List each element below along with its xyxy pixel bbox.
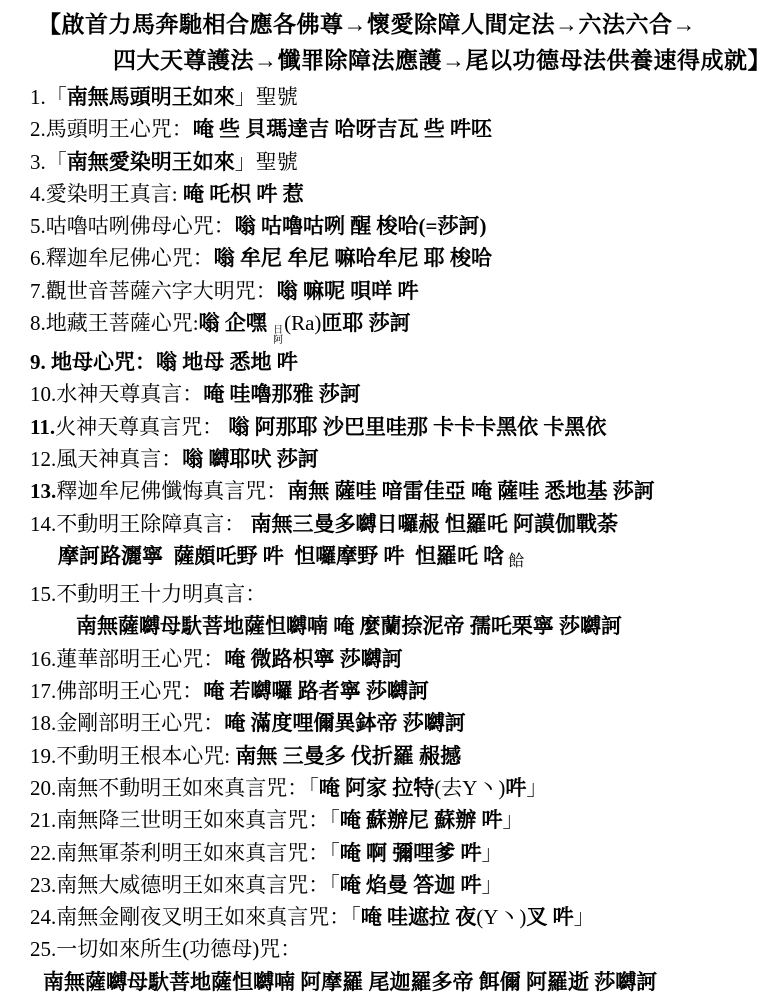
item-number: 21. — [30, 808, 56, 832]
mantra-text: 叉 吽 — [526, 905, 573, 929]
mantra-text: 匝耶 莎訶 — [321, 311, 410, 335]
label-text: 」 — [526, 776, 547, 800]
list-line: 8.地藏王菩薩心咒:嗡 企嘿 日阿(Ra)匝耶 莎訶 — [30, 307, 777, 346]
label-text: 愛染明王真言: — [46, 182, 183, 206]
label-text: (Ra) — [284, 311, 321, 335]
list-line: 摩訶路灑寧 薩頗吒野 吽 怛囉摩野 吽 怛羅吒 唅 餄 — [30, 540, 777, 578]
document-header: 【啟首力馬奔馳相合應各佛尊→懷愛除障人間定法→六法六合→ 四大天尊護法→懺罪除障… — [0, 0, 783, 75]
mantra-text: 南無三曼多嚩日囉赧 怛羅吒 阿謨伽戰荼 — [251, 512, 619, 536]
item-number: 24. — [30, 905, 56, 929]
label-text: 「 — [46, 150, 67, 174]
mantra-text: 唵 阿家 拉特 — [319, 776, 435, 800]
label-text: 南無降三世明王如來真言咒： — [56, 808, 329, 832]
item-number: 25. — [30, 937, 56, 961]
mantra-text: 嗡 咕嚕咕咧 醒 梭哈(=莎訶) — [235, 214, 487, 238]
list-line: 15.不動明王十力明真言： — [30, 578, 777, 610]
list-line: 9. 地母心咒：嗡 地母 悉地 吽 — [30, 346, 777, 378]
item-number: 8. — [30, 311, 46, 335]
mantra-text: 唵 啊 彌哩爹 吽 — [340, 841, 482, 865]
label-text: 」聖號 — [235, 150, 298, 174]
list-line: 5.咕嚕咕咧佛母心咒：嗡 咕嚕咕咧 醒 梭哈(=莎訶) — [30, 210, 777, 242]
label-text: 南無不動明王如來真言咒： — [56, 776, 308, 800]
list-line: 14.不動明王除障真言： 南無三曼多嚩日囉赧 怛羅吒 阿謨伽戰荼 — [30, 508, 777, 540]
label-text: 不動明王除障真言： — [56, 512, 250, 536]
label-text: 「 — [350, 905, 361, 929]
label-text: 南無大威德明王如來真言咒： — [56, 873, 329, 897]
mantra-text: 唵 哇嚕那雅 莎訶 — [203, 382, 361, 406]
label-text: 「 — [329, 808, 340, 832]
item-number: 13. — [30, 479, 56, 503]
label-text: 南無金剛夜叉明王如來真言咒： — [56, 905, 350, 929]
item-number: 2. — [30, 117, 46, 141]
item-number: 19. — [30, 744, 56, 768]
label-text: 馬頭明王心咒： — [46, 117, 193, 141]
item-number: 18. — [30, 711, 56, 735]
list-line: 4.愛染明王真言: 唵 吒枳 吽 惹 — [30, 178, 777, 210]
label-text: 佛部明王心咒： — [56, 679, 203, 703]
mantra-text: 嗡 阿那耶 沙巴里哇那 卡卡卡黑依 卡黑依 — [228, 415, 606, 439]
label-text: 」 — [503, 808, 524, 832]
label-text: 釋迦牟尼佛懺悔真言咒： — [56, 479, 287, 503]
mantra-text: 南無愛染明王如來 — [67, 150, 235, 174]
item-number: 15. — [30, 582, 56, 606]
item-number: 11. — [30, 415, 55, 439]
item-number: 20. — [30, 776, 56, 800]
list-line: 南無薩嚩母馱菩地薩怛嚩喃 阿摩羅 尾迦羅多帝 餌儞 阿羅逝 莎嚩訶 — [30, 966, 777, 993]
document-page: { "header": { "line1": "【啟首力馬奔馳相合應各佛尊→懷愛… — [0, 0, 783, 993]
label-text: 餄 — [504, 553, 524, 570]
item-number: 17. — [30, 679, 56, 703]
item-number: 23. — [30, 873, 56, 897]
list-line: 24.南無金剛夜叉明王如來真言咒：「唵 哇遮拉 夜(Y丶)叉 吽」 — [30, 901, 777, 933]
label-text: 水神天尊真言： — [56, 382, 203, 406]
list-line: 6.釋迦牟尼佛心咒：嗡 牟尼 牟尼 嘛哈牟尼 耶 梭哈 — [30, 242, 777, 274]
item-number: 6. — [30, 246, 46, 270]
label-text: 蓮華部明王心咒： — [56, 647, 224, 671]
label-text: 「 — [329, 841, 340, 865]
list-line: 13.釋迦牟尼佛懺悔真言咒：南無 薩哇 喑雷佳亞 唵 薩哇 悉地基 莎訶 — [30, 475, 777, 507]
label-text: (去Y丶) — [434, 776, 505, 800]
label-text: 一切如來所生(功德母)咒： — [56, 937, 301, 961]
list-line: 3.「南無愛染明王如來」聖號 — [30, 146, 777, 178]
list-line: 21.南無降三世明王如來真言咒：「唵 蘇辦尼 蘇辦 吽」 — [30, 804, 777, 836]
mantra-text: 嗡 企嘿 — [199, 311, 273, 335]
mantra-text: 唵 吒枳 吽 惹 — [183, 182, 304, 206]
label-text: 「 — [308, 776, 319, 800]
mantra-text: 南無 三曼多 伐折羅 赧撼 — [235, 744, 461, 768]
label-text: 」 — [482, 873, 503, 897]
list-line: 18.金剛部明王心咒：唵 滿度哩儞異鉢帝 莎嚩訶 — [30, 707, 777, 739]
label-text: 南無軍荼利明王如來真言咒： — [56, 841, 329, 865]
item-number: 1. — [30, 85, 46, 109]
mantra-text: 南無 薩哇 喑雷佳亞 唵 薩哇 悉地基 莎訶 — [287, 479, 655, 503]
list-line: 11.火神天尊真言咒： 嗡 阿那耶 沙巴里哇那 卡卡卡黑依 卡黑依 — [30, 411, 777, 443]
list-line: 16.蓮華部明王心咒：唵 微路枳寧 莎嚩訶 — [30, 643, 777, 675]
label-text: 金剛部明王心咒： — [56, 711, 224, 735]
label-text: 地藏王菩薩心咒: — [46, 311, 199, 335]
label-text: 」 — [482, 841, 503, 865]
mantra-text: 唵 哇遮拉 夜 — [361, 905, 477, 929]
mantra-text: 南無薩嚩母馱菩地薩怛嚩喃 阿摩羅 尾迦羅多帝 餌儞 阿羅逝 莎嚩訶 — [43, 970, 657, 993]
mantra-text: 唵 滿度哩儞異鉢帝 莎嚩訶 — [224, 711, 466, 735]
list-line: 10.水神天尊真言：唵 哇嚕那雅 莎訶 — [30, 378, 777, 410]
label-text: 風天神真言： — [56, 447, 182, 471]
label-text: 」聖號 — [235, 85, 298, 109]
item-number: 9. — [30, 350, 46, 374]
label-text: 不動明王十力明真言： — [56, 582, 266, 606]
list-line: 22.南無軍荼利明王如來真言咒：「唵 啊 彌哩爹 吽」 — [30, 837, 777, 869]
item-number: 3. — [30, 150, 46, 174]
label-text: 不動明王根本心咒: — [56, 744, 235, 768]
mantra-text: 吽 — [505, 776, 526, 800]
list-line: 20.南無不動明王如來真言咒：「唵 阿家 拉特(去Y丶)吽」 — [30, 772, 777, 804]
list-line: 7.觀世音菩薩六字大明咒：嗡 嘛呢 唄咩 吽 — [30, 275, 777, 307]
list-line: 2.馬頭明王心咒：唵 些 貝瑪達吉 哈呀吉瓦 些 吽呸 — [30, 113, 777, 145]
list-line: 25.一切如來所生(功德母)咒： — [30, 933, 777, 965]
label-text: (Y丶) — [476, 905, 526, 929]
list-line: 南無薩嚩母馱菩地薩怛嚩喃 唵 麼蘭捺泥帝 孺吒栗寧 莎嚩訶 — [30, 610, 777, 642]
list-line: 12.風天神真言：嗡 嚩耶吠 莎訶 — [30, 443, 777, 475]
mantra-text: 南無馬頭明王如來 — [67, 85, 235, 109]
label-text: 「 — [46, 85, 67, 109]
header-line-2: 四大天尊護法→懺罪除障法應護→尾以功德母法供養速得成就】 — [0, 39, 783, 75]
item-number: 14. — [30, 512, 56, 536]
header-line-1: 【啟首力馬奔馳相合應各佛尊→懷愛除障人間定法→六法六合→ — [0, 0, 783, 39]
mantra-text: 唵 若嚩囉 路者寧 莎嚩訶 — [203, 679, 429, 703]
item-number: 16. — [30, 647, 56, 671]
list-line: 23.南無大威德明王如來真言咒：「唵 焰曼 答迦 吽」 — [30, 869, 777, 901]
item-number: 7. — [30, 279, 46, 303]
mantra-text: 南無薩嚩母馱菩地薩怛嚩喃 唵 麼蘭捺泥帝 孺吒栗寧 莎嚩訶 — [76, 614, 622, 638]
label-text: 觀世音菩薩六字大明咒： — [46, 279, 277, 303]
mantra-list: 1.「南無馬頭明王如來」聖號2.馬頭明王心咒：唵 些 貝瑪達吉 哈呀吉瓦 些 吽… — [0, 75, 783, 993]
item-number: 22. — [30, 841, 56, 865]
mantra-text: 摩訶路灑寧 薩頗吒野 吽 怛囉摩野 吽 怛羅吒 唅 — [58, 544, 504, 568]
list-line: 19.不動明王根本心咒: 南無 三曼多 伐折羅 赧撼 — [30, 740, 777, 772]
item-number: 10. — [30, 382, 56, 406]
mantra-text: 唵 蘇辦尼 蘇辦 吽 — [340, 808, 503, 832]
item-number: 4. — [30, 182, 46, 206]
label-text: 火神天尊真言咒： — [55, 415, 228, 439]
mantra-text: 地母心咒：嗡 地母 悉地 吽 — [46, 350, 298, 374]
item-number: 12. — [30, 447, 56, 471]
mantra-text: 嗡 嚩耶吠 莎訶 — [182, 447, 319, 471]
list-line: 1.「南無馬頭明王如來」聖號 — [30, 81, 777, 113]
mantra-text: 唵 焰曼 答迦 吽 — [340, 873, 482, 897]
label-text: 「 — [329, 873, 340, 897]
label-text: 咕嚕咕咧佛母心咒： — [46, 214, 235, 238]
mantra-text: 嗡 嘛呢 唄咩 吽 — [277, 279, 419, 303]
label-text: 釋迦牟尼佛心咒： — [46, 246, 214, 270]
mantra-text: 唵 些 貝瑪達吉 哈呀吉瓦 些 吽呸 — [193, 117, 492, 141]
mantra-text: 嗡 牟尼 牟尼 嘛哈牟尼 耶 梭哈 — [214, 246, 492, 270]
list-line: 17.佛部明王心咒：唵 若嚩囉 路者寧 莎嚩訶 — [30, 675, 777, 707]
stacked-phonetic-annotation: 日阿 — [273, 326, 283, 346]
label-text: 」 — [574, 905, 595, 929]
item-number: 5. — [30, 214, 46, 238]
mantra-text: 唵 微路枳寧 莎嚩訶 — [224, 647, 403, 671]
